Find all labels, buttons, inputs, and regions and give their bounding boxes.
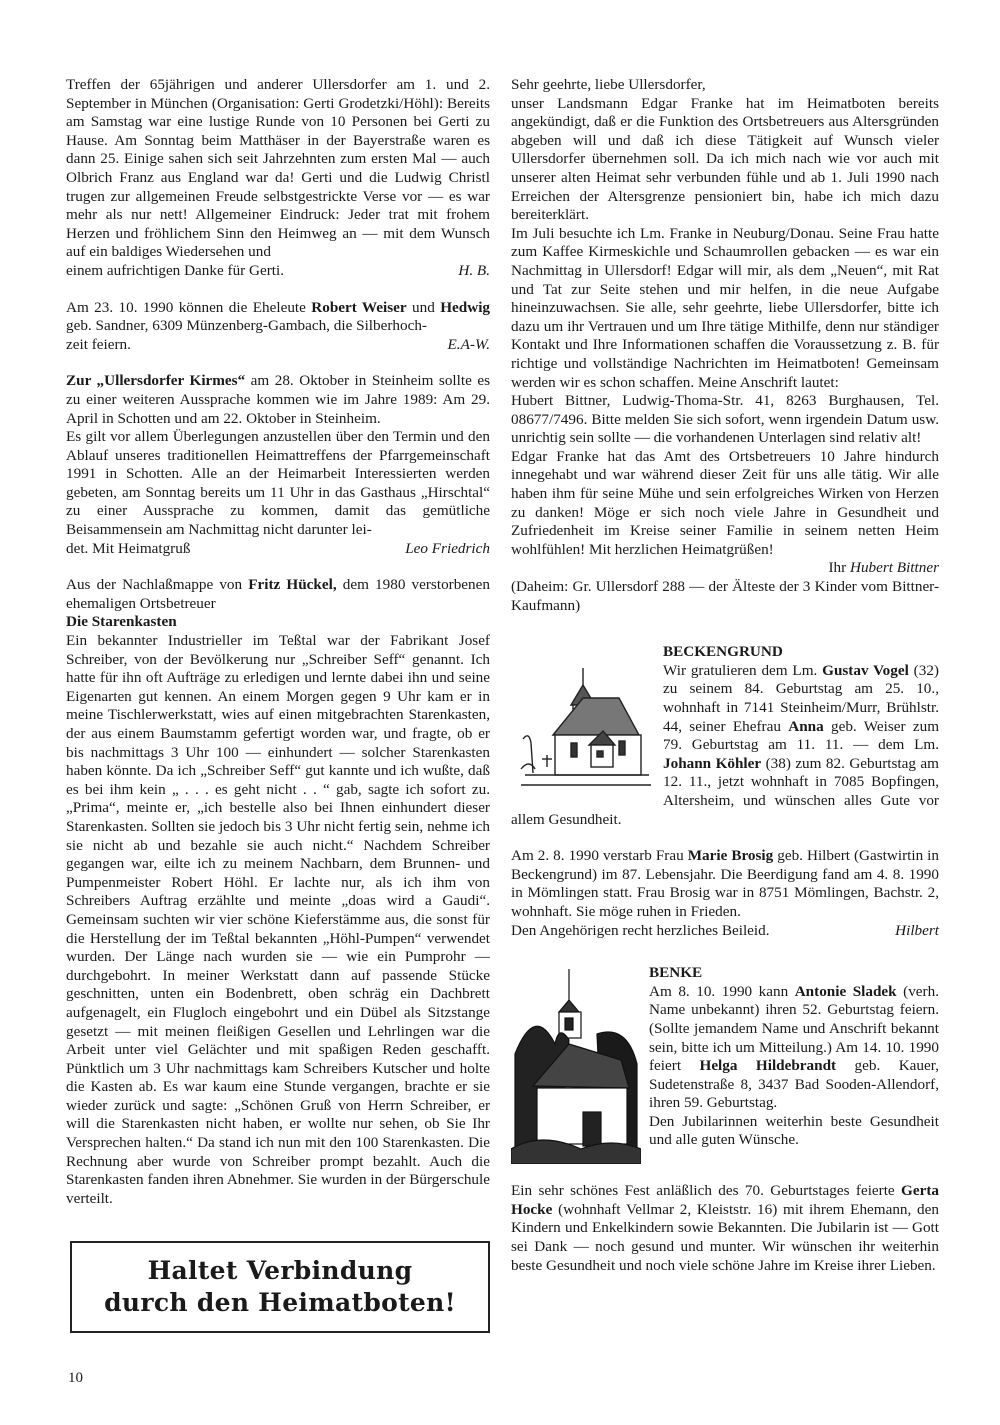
text: Den Angehörigen recht herzliches Beileid… [511,922,770,941]
chapel-drawing-icon [511,643,659,793]
letter-para-2: Im Juli besuchte ich Lm. Franke in Neubu… [511,225,939,392]
letter-footnote: (Daheim: Gr. Ullersdorf 288 — der Ältest… [511,578,939,615]
meeting-report-end: einem aufrichtigen Danke für Gerti. H. B… [66,262,490,281]
meeting-report-last-line: einem aufrichtigen Danke für Gerti. [66,262,284,281]
name-anna: Anna [788,718,823,735]
silver-wedding-notice: Am 23. 10. 1990 können die Eheleute Robe… [66,299,490,336]
text: Am 2. 8. 1990 verstarb Frau [511,847,688,864]
text: Am 8. 10. 1990 kann [649,983,795,1000]
text: Wir gratulieren dem Lm. [663,662,822,679]
obituary-end: Den Angehörigen recht herzliches Beileid… [511,922,939,941]
banner-line-2: durch den Heimatboten! [104,1287,456,1319]
name-hedwig: Hedwig [440,299,490,316]
signature-hilbert: Hilbert [895,922,939,941]
kirmes-notice: Zur „Ullersdorfer Kirmes“ am 28. Oktober… [66,372,490,428]
promo-banner: Haltet Verbindung durch den Heimatboten! [70,1241,490,1333]
name-johann-koehler: Johann Köhler [663,755,761,772]
letter-para-3: Hubert Bittner, Ludwig-Thoma-Str. 41, 82… [511,392,939,448]
name-marie-brosig: Marie Brosig [688,847,774,864]
signature-eaw: E.A-W. [448,336,490,355]
right-column: Sehr geehrte, liebe Ullersdorfer, unser … [511,76,939,1275]
kirmes-notice-body: Es gilt vor allem Überlegungen anzustell… [66,428,490,540]
letter-para-1: unser Landsmann Edgar Franke hat im Heim… [511,95,939,225]
name-helga-hildebrandt: Helga Hildebrandt [700,1057,837,1074]
text: zeit feiern. [66,336,131,355]
text: Ihr [828,559,850,576]
kirmes-heading: Zur „Ullersdorfer Kirmes“ [66,372,245,389]
hocke-notice: Ein sehr schönes Fest anläßlich des 70. … [511,1182,939,1275]
silver-wedding-end: zeit feiern. E.A-W. [66,336,490,355]
text: (wohnhaft Vellmar 2, Kleiststr. 16) mit … [511,1201,939,1274]
text: Am 23. 10. 1990 können die Eheleute [66,299,311,316]
text: geb. Sandner, 6309 Münzenberg-Gambach, d… [66,317,427,334]
text: det. Mit Heimatgruß [66,540,190,559]
name-robert-weiser: Robert Weiser [311,299,406,316]
page-number: 10 [68,1370,83,1387]
banner-line-1: Haltet Verbindung [148,1255,413,1287]
letter-closing: Ihr Hubert Bittner [511,559,939,578]
left-column: Treffen der 65jährigen und anderer Uller… [66,76,490,1208]
signature-hb: H. B. [458,262,490,281]
text: Es gilt vor allem Überlegungen anzustell… [66,428,490,538]
chapel-tower-drawing-icon [511,964,641,1164]
name-fritz-hueckel: Fritz Hückel, [248,576,336,593]
name-antonie-sladek: Antonie Sladek [795,983,897,1000]
text: Aus der Nachlaßmappe von [66,576,248,593]
story-body: Ein bekannter Industrieller im Teßtal wa… [66,632,490,1208]
kirmes-notice-end: det. Mit Heimatgruß Leo Friedrich [66,540,490,559]
meeting-report: Treffen der 65jährigen und anderer Uller… [66,76,490,262]
nachlass-intro: Aus der Nachlaßmappe von Fritz Hückel, d… [66,576,490,613]
text: und [407,299,441,316]
beckengrund-section: BECKENGRUND Wir gratulieren dem Lm. Gust… [511,643,939,829]
obituary-brosig: Am 2. 8. 1990 verstarb Frau Marie Brosig… [511,847,939,921]
letter-para-4: Edgar Franke hat das Amt des Ortsbetreue… [511,448,939,560]
signature-leo-friedrich: Leo Friedrich [405,540,490,559]
benke-section: BENKE Am 8. 10. 1990 kann Antonie Sladek… [511,964,939,1164]
story-title: Die Starenkasten [66,613,490,632]
church-illustration-beckengrund [511,643,659,795]
signature-hubert-bittner: Hubert Bittner [850,559,939,576]
meeting-report-text: Treffen der 65jährigen und anderer Uller… [66,76,490,260]
church-illustration-benke [511,964,641,1164]
name-gustav-vogel: Gustav Vogel [822,662,909,679]
letter-salutation: Sehr geehrte, liebe Ullersdorfer, [511,76,939,95]
text: Ein sehr schönes Fest anläßlich des 70. … [511,1182,901,1199]
